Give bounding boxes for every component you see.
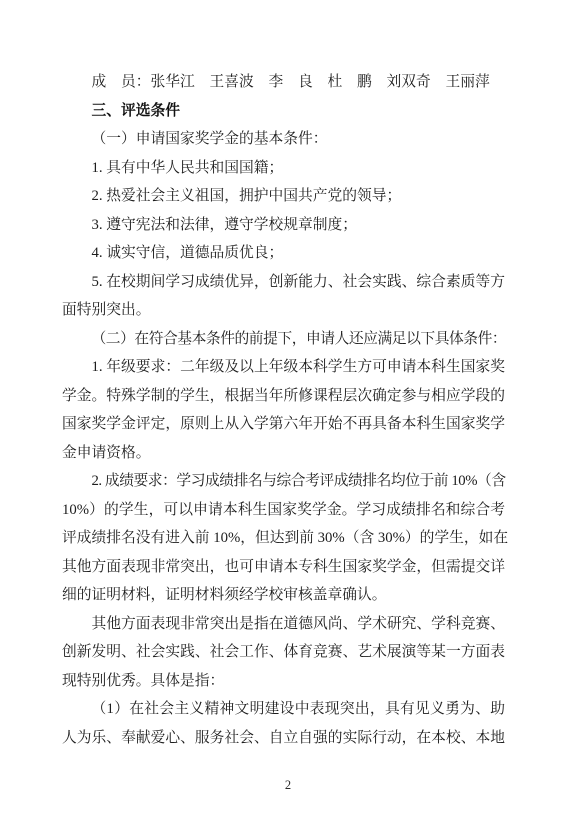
text-line: 成 员：张华江 王喜波 李 良 杜 鹏 刘双奇 王丽萍 bbox=[62, 68, 505, 97]
paragraph: 4. 诚实守信，道德品质优良； bbox=[62, 239, 505, 268]
text-line: 三、评选条件 bbox=[62, 97, 505, 126]
text-line: 人为乐、奉献爱心、服务社会、自立自强的实际行动，在本校、本地 bbox=[62, 724, 505, 753]
paragraph: （二）在符合基本条件的前提下，申请人还应满足以下具体条件： bbox=[62, 325, 505, 354]
paragraph: 2. 成绩要求：学习成绩排名与综合考评成绩排名均位于前 10%（含10%）的学生… bbox=[62, 467, 505, 610]
text-line: 创新发明、社会实践、社会工作、体育竞赛、艺术展演等某一方面表 bbox=[62, 638, 505, 667]
text-line: （一）申请国家奖学金的基本条件： bbox=[62, 125, 505, 154]
text-line: 其他方面表现非常突出是指在道德风尚、学术研究、学科竞赛、 bbox=[62, 610, 505, 639]
text-line: 3. 遵守宪法和法律，遵守学校规章制度； bbox=[62, 211, 505, 240]
paragraph: 3. 遵守宪法和法律，遵守学校规章制度； bbox=[62, 211, 505, 240]
document-body: 成 员：张华江 王喜波 李 良 杜 鹏 刘双奇 王丽萍三、评选条件（一）申请国家… bbox=[62, 68, 505, 752]
paragraph: （1）在社会主义精神文明建设中表现突出，具有见义勇为、助人为乐、奉献爱心、服务社… bbox=[62, 695, 505, 752]
text-line: 2. 成绩要求：学习成绩排名与综合考评成绩排名均位于前 10%（含 bbox=[62, 467, 505, 496]
text-line: 面特别突出。 bbox=[62, 296, 505, 325]
paragraph: （一）申请国家奖学金的基本条件： bbox=[62, 125, 505, 154]
text-line: 金申请资格。 bbox=[62, 439, 505, 468]
text-line: 现特别优秀。具体是指： bbox=[62, 667, 505, 696]
paragraph: 1. 具有中华人民共和国国籍； bbox=[62, 154, 505, 183]
text-line: 4. 诚实守信，道德品质优良； bbox=[62, 239, 505, 268]
paragraph: 2. 热爱社会主义祖国，拥护中国共产党的领导； bbox=[62, 182, 505, 211]
text-line: 评成绩排名没有进入前 10%，但达到前 30%（含 30%）的学生，如在 bbox=[62, 524, 505, 553]
text-line: （1）在社会主义精神文明建设中表现突出，具有见义勇为、助 bbox=[62, 695, 505, 724]
text-line: 学金。特殊学制的学生，根据当年所修课程层次确定参与相应学段的 bbox=[62, 382, 505, 411]
text-line: 5. 在校期间学习成绩优异，创新能力、社会实践、综合素质等方 bbox=[62, 268, 505, 297]
text-line: 细的证明材料，证明材料须经学校审核盖章确认。 bbox=[62, 581, 505, 610]
document-page: 成 员：张华江 王喜波 李 良 杜 鹏 刘双奇 王丽萍三、评选条件（一）申请国家… bbox=[0, 0, 576, 820]
paragraph: 1. 年级要求：二年级及以上年级本科学生方可申请本科生国家奖学金。特殊学制的学生… bbox=[62, 353, 505, 467]
text-line: 国家奖学金评定，原则上从入学第六年开始不再具备本科生国家奖学 bbox=[62, 410, 505, 439]
paragraph: 其他方面表现非常突出是指在道德风尚、学术研究、学科竞赛、创新发明、社会实践、社会… bbox=[62, 610, 505, 696]
section-heading: 三、评选条件 bbox=[62, 97, 505, 126]
page-number: 2 bbox=[0, 777, 576, 793]
text-line: 其他方面表现非常突出，也可申请本专科生国家奖学金，但需提交详 bbox=[62, 553, 505, 582]
paragraph: 成 员：张华江 王喜波 李 良 杜 鹏 刘双奇 王丽萍 bbox=[62, 68, 505, 97]
text-line: 1. 年级要求：二年级及以上年级本科学生方可申请本科生国家奖 bbox=[62, 353, 505, 382]
text-line: 10%）的学生，可以申请本科生国家奖学金。学习成绩排名和综合考 bbox=[62, 496, 505, 525]
paragraph: 5. 在校期间学习成绩优异，创新能力、社会实践、综合素质等方面特别突出。 bbox=[62, 268, 505, 325]
text-line: （二）在符合基本条件的前提下，申请人还应满足以下具体条件： bbox=[62, 325, 505, 354]
text-line: 2. 热爱社会主义祖国，拥护中国共产党的领导； bbox=[62, 182, 505, 211]
text-line: 1. 具有中华人民共和国国籍； bbox=[62, 154, 505, 183]
